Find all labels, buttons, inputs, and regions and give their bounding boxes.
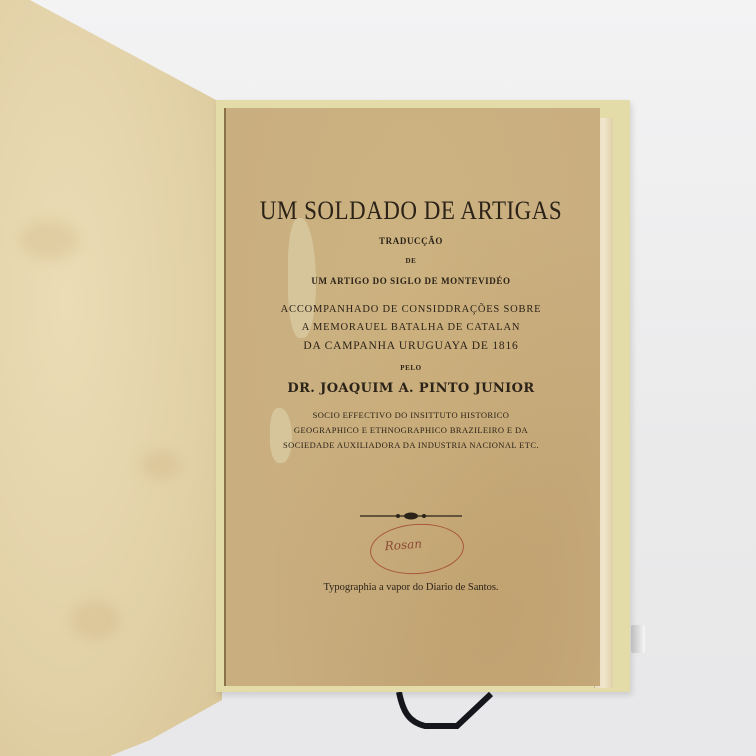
flyleaf-page [0,0,222,756]
ornament-rule-icon [360,510,462,522]
translation-line: TRADUCÇÃO [224,236,598,246]
printer-imprint: Typographia a vapor do Diario de Santos. [224,582,598,593]
stamp-signature: Rosan [384,537,422,554]
de-line: DE [224,257,598,265]
campaign-line: DA CAMPANHA URUGUAYA DE 1816 [224,340,598,352]
accompanied-line: ACCOMPANHADO DE CONSIDDRAÇÕES SOBRE [224,304,598,315]
article-line: UM ARTIGO DO SIGLO DE MONTEVIDÉO [224,276,598,286]
book-title: UM SOLDADO DE ARTIGAS [224,196,598,226]
battle-line: A MEMORAUEL BATALHA DE CATALAN [224,322,598,333]
membership-line-3: SOCIEDADE AUXILIADORA DA INDUSTRIA NACIO… [224,440,598,450]
bookmark-ribbon [395,692,495,732]
by-line: PELO [224,364,598,372]
author-name: DR. JOAQUIM A. PINTO JUNIOR [224,381,598,396]
membership-line-1: SOCIO EFFECTIVO DO INSITTUTO HISTORICO [224,410,598,420]
label-tab [631,625,645,653]
title-page [224,108,600,686]
membership-line-2: GEOGRAPHICO E ETHNOGRAPHICO BRAZILEIRO E… [224,425,598,435]
photo-background: UM SOLDADO DE ARTIGAS TRADUCÇÃO DE UM AR… [0,0,756,756]
